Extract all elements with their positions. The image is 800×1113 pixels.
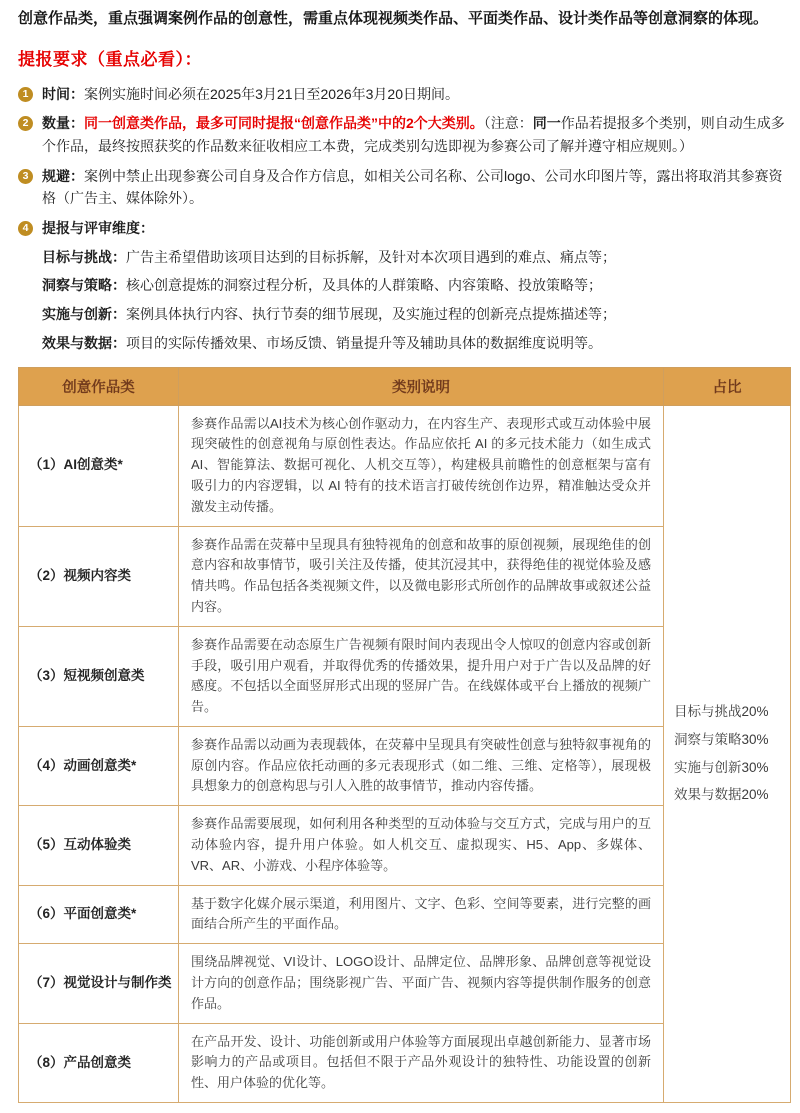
number-badge-icon: 1: [18, 87, 33, 102]
category-cell: （8）产品创意类: [19, 1023, 179, 1102]
description-cell: 基于数字化媒介展示渠道，利用图片、文字、色彩、空间等要素，进行完整的画面结合所产…: [179, 885, 664, 944]
ratio-line: 实施与创新30%: [674, 754, 786, 782]
requirement-label: 数量：: [42, 115, 84, 131]
requirement-label: 提报与评审维度：: [42, 220, 154, 236]
number-badge-icon: 3: [18, 169, 33, 184]
category-table: 创意作品类 类别说明 占比 （1）AI创意类* 参赛作品需以AI技术为核心创作驱…: [18, 367, 791, 1104]
dimension-line: 效果与数据：项目的实际传播效果、市场反馈、销量提升等及辅助具体的数据维度说明等。: [42, 333, 790, 355]
header-ratio: 占比: [664, 367, 791, 405]
dimension-line: 实施与创新：案例具体执行内容、执行节奏的细节展现，及实施过程的创新亮点提炼描述等…: [42, 304, 790, 326]
description-cell: 参赛作品需要在动态原生广告视频有限时间内表现出令人惊叹的创意内容或创新手段，吸引…: [179, 626, 664, 726]
requirement-item-time: 1 时间：案例实施时间必须在2025年3月21日至2026年3月20日期间。: [18, 83, 790, 106]
page: 创意作品类，重点强调案例作品的创意性，需重点体现视频类作品、平面类作品、设计类作…: [0, 0, 800, 1113]
description-cell: 围绕品牌视觉、VI设计、LOGO设计、品牌定位、品牌形象、品牌创意等视觉设计方向…: [179, 944, 664, 1023]
requirement-text: 时间：案例实施时间必须在2025年3月21日至2026年3月20日期间。: [42, 83, 790, 106]
dimension-text: 广告主希望借助该项目达到的目标拆解，及针对本次项目遇到的难点、痛点等；: [126, 249, 616, 265]
category-cell: （7）视觉设计与制作类: [19, 944, 179, 1023]
ratio-line: 目标与挑战20%: [674, 698, 786, 726]
dimension-label: 目标与挑战：: [42, 249, 126, 265]
description-cell: 在产品开发、设计、功能创新或用户体验等方面展现出卓越创新能力、显著市场影响力的产…: [179, 1023, 664, 1102]
dimension-label: 实施与创新：: [42, 306, 126, 322]
dimension-label: 效果与数据：: [42, 335, 126, 351]
requirement-label: 规避：: [42, 168, 84, 184]
ratio-cell: 目标与挑战20% 洞察与策略30% 实施与创新30% 效果与数据20%: [664, 405, 791, 1103]
note-prefix: （注意：: [484, 115, 533, 131]
requirement-item-quantity: 2 数量：同一创意类作品，最多可同时提报“创意作品类”中的2个大类别。（注意：同…: [18, 112, 790, 157]
table-header-row: 创意作品类 类别说明 占比: [19, 367, 791, 405]
requirement-content: 案例实施时间必须在2025年3月21日至2026年3月20日期间。: [84, 86, 459, 102]
ratio-line: 效果与数据20%: [674, 781, 786, 809]
requirement-highlight: 同一创意类作品，最多可同时提报“创意作品类”中的2个大类别。: [84, 115, 484, 131]
description-cell: 参赛作品需在荧幕中呈现具有独特视角的创意和故事的原创视频，展现绝佳的创意内容和故…: [179, 526, 664, 626]
category-cell: （5）互动体验类: [19, 806, 179, 885]
requirement-item-avoidance: 3 规避：案例中禁止出现参赛公司自身及合作方信息，如相关公司名称、公司logo、…: [18, 165, 790, 210]
table-row: （1）AI创意类* 参赛作品需以AI技术为核心创作驱动力，在内容生产、表现形式或…: [19, 405, 791, 526]
dimension-line: 洞察与策略：核心创意提炼的洞察过程分析，及具体的人群策略、内容策略、投放策略等；: [42, 275, 790, 297]
intro-paragraph: 创意作品类，重点强调案例作品的创意性，需重点体现视频类作品、平面类作品、设计类作…: [18, 8, 790, 30]
note-bold: 同一: [533, 115, 561, 131]
dimension-text: 核心创意提炼的洞察过程分析，及具体的人群策略、内容策略、投放策略等；: [126, 277, 602, 293]
description-cell: 参赛作品需要展现，如何利用各种类型的互动体验与交互方式，完成与用户的互动体验内容…: [179, 806, 664, 885]
category-cell: （6）平面创意类*: [19, 885, 179, 944]
header-category: 创意作品类: [19, 367, 179, 405]
requirement-content: 案例中禁止出现参赛公司自身及合作方信息，如相关公司名称、公司logo、公司水印图…: [42, 168, 782, 207]
requirement-text: 规避：案例中禁止出现参赛公司自身及合作方信息，如相关公司名称、公司logo、公司…: [42, 165, 790, 210]
category-cell: （3）短视频创意类: [19, 626, 179, 726]
ratio-line: 洞察与策略30%: [674, 726, 786, 754]
category-cell: （1）AI创意类*: [19, 405, 179, 526]
number-badge-icon: 4: [18, 221, 33, 236]
dimension-label: 洞察与策略：: [42, 277, 126, 293]
requirement-text: 提报与评审维度：: [42, 217, 790, 240]
dimension-list: 目标与挑战：广告主希望借助该项目达到的目标拆解，及针对本次项目遇到的难点、痛点等…: [42, 247, 790, 355]
requirement-item-dimensions: 4 提报与评审维度：: [18, 217, 790, 240]
dimension-text: 项目的实际传播效果、市场反馈、销量提升等及辅助具体的数据维度说明等。: [126, 335, 602, 351]
requirement-text: 数量：同一创意类作品，最多可同时提报“创意作品类”中的2个大类别。（注意：同一作…: [42, 112, 790, 157]
header-description: 类别说明: [179, 367, 664, 405]
category-cell: （4）动画创意类*: [19, 726, 179, 805]
category-cell: （2）视频内容类: [19, 526, 179, 626]
section-heading: 提报要求（重点必看）：: [18, 45, 790, 70]
dimension-text: 案例具体执行内容、执行节奏的细节展现，及实施过程的创新亮点提炼描述等；: [126, 306, 616, 322]
description-cell: 参赛作品需以动画为表现载体，在荧幕中呈现具有突破性创意与独特叙事视角的原创内容。…: [179, 726, 664, 805]
requirement-label: 时间：: [42, 86, 84, 102]
number-badge-icon: 2: [18, 116, 33, 131]
description-cell: 参赛作品需以AI技术为核心创作驱动力，在内容生产、表现形式或互动体验中展现突破性…: [179, 405, 664, 526]
dimension-line: 目标与挑战：广告主希望借助该项目达到的目标拆解，及针对本次项目遇到的难点、痛点等…: [42, 247, 790, 269]
requirements-list: 1 时间：案例实施时间必须在2025年3月21日至2026年3月20日期间。 2…: [18, 83, 790, 355]
